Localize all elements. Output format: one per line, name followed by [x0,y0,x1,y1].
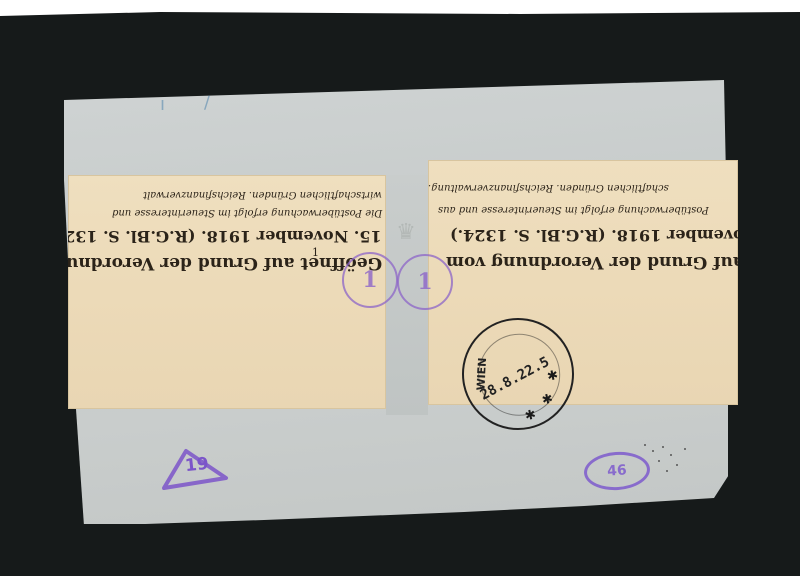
label-line: wirtschaftlichen Gründen. Reichsfinanzve… [143,189,382,200]
blue-pencil-mark: ı [160,94,165,115]
censor-label-left: Geöffnet auf Grund der Verordnung v 15. … [68,175,386,409]
label-line: 5. November 1918. (R.G.Bl. S. 1324.) [450,226,738,245]
label-line: Geöffnet auf Grund der Verordnung v [68,253,382,273]
label-line: öffnet auf Grund der Verordnung vom [446,252,738,272]
label-line: Postüberwachung erfolgt im Steuerinteres… [438,204,709,215]
label-line: Die Postüberwachung erfolgt im Steuerint… [112,207,382,218]
censor-circle-stamp: 1 [397,254,453,310]
crown-crest-icon: ♛ [389,222,423,244]
censor-circle-stamp: 1 [342,252,398,308]
label-line: schaftlichen Gründen. Reichsfinanzverwal… [428,182,669,193]
triangle-stamp-number: 19 [184,454,210,476]
ink-specks [640,440,700,480]
label-line: 15. November 1918. (R.G.Bl. S. 1324 [68,227,382,246]
label-marker: 1 [312,246,319,259]
